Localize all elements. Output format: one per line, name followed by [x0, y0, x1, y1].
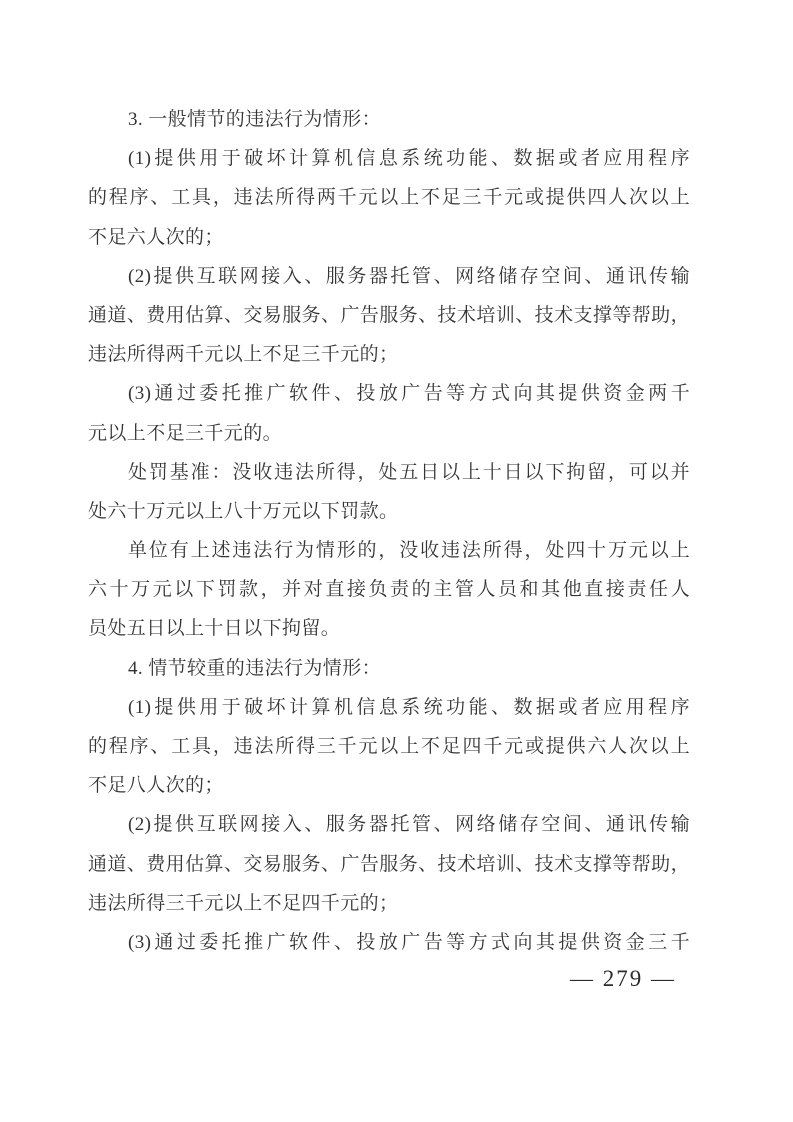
paragraph: 4. 情节较重的违法行为情形：	[88, 649, 690, 688]
text-line: 处六十万元以上八十万元以下罚款。	[88, 492, 690, 531]
text-line: 违法所得两千元以上不足三千元的；	[88, 335, 690, 374]
paragraph: (3)通过委托推广软件、投放广告等方式向其提供资金三千	[88, 923, 690, 962]
document-body: 3. 一般情节的违法行为情形：(1)提供用于破坏计算机信息系统功能、数据或者应用…	[88, 100, 690, 962]
text-line: 处罚基准：没收违法所得，处五日以上十日以下拘留，可以并	[88, 453, 690, 492]
paragraph: (3)通过委托推广软件、投放广告等方式向其提供资金两千元以上不足三千元的。	[88, 374, 690, 452]
text-line: 通道、费用估算、交易服务、广告服务、技术培训、技术支撑等帮助，	[88, 296, 690, 335]
paragraph: (1)提供用于破坏计算机信息系统功能、数据或者应用程序的程序、工具，违法所得三千…	[88, 688, 690, 806]
text-line: 员处五日以上十日以下拘留。	[88, 609, 690, 648]
text-line: 违法所得三千元以上不足四千元的；	[88, 884, 690, 923]
text-line: (2)提供互联网接入、服务器托管、网络储存空间、通讯传输	[88, 805, 690, 844]
text-line: (3)通过委托推广软件、投放广告等方式向其提供资金两千	[88, 374, 690, 413]
paragraph: (1)提供用于破坏计算机信息系统功能、数据或者应用程序的程序、工具，违法所得两千…	[88, 139, 690, 257]
paragraph: 3. 一般情节的违法行为情形：	[88, 100, 690, 139]
text-line: 不足八人次的；	[88, 766, 690, 805]
text-line: 通道、费用估算、交易服务、广告服务、技术培训、技术支撑等帮助，	[88, 845, 690, 884]
paragraph: 单位有上述违法行为情形的，没收违法所得，处四十万元以上六十万元以下罚款，并对直接…	[88, 531, 690, 649]
text-line: 元以上不足三千元的。	[88, 414, 690, 453]
text-line: 的程序、工具，违法所得两千元以上不足三千元或提供四人次以上	[88, 178, 690, 217]
paragraph: 处罚基准：没收违法所得，处五日以上十日以下拘留，可以并处六十万元以上八十万元以下…	[88, 453, 690, 531]
text-line: 单位有上述违法行为情形的，没收违法所得，处四十万元以上	[88, 531, 690, 570]
text-line: (1)提供用于破坏计算机信息系统功能、数据或者应用程序	[88, 688, 690, 727]
paragraph: (2)提供互联网接入、服务器托管、网络储存空间、通讯传输通道、费用估算、交易服务…	[88, 257, 690, 375]
page-number: — 279 —	[570, 966, 690, 992]
document-page: 3. 一般情节的违法行为情形：(1)提供用于破坏计算机信息系统功能、数据或者应用…	[0, 0, 793, 1122]
paragraph: (2)提供互联网接入、服务器托管、网络储存空间、通讯传输通道、费用估算、交易服务…	[88, 805, 690, 923]
text-line: 4. 情节较重的违法行为情形：	[88, 649, 690, 688]
text-line: (2)提供互联网接入、服务器托管、网络储存空间、通讯传输	[88, 257, 690, 296]
text-line: (3)通过委托推广软件、投放广告等方式向其提供资金三千	[88, 923, 690, 962]
text-line: 的程序、工具，违法所得三千元以上不足四千元或提供六人次以上	[88, 727, 690, 766]
text-line: 不足六人次的；	[88, 218, 690, 257]
text-line: (1)提供用于破坏计算机信息系统功能、数据或者应用程序	[88, 139, 690, 178]
text-line: 六十万元以下罚款，并对直接负责的主管人员和其他直接责任人	[88, 570, 690, 609]
text-line: 3. 一般情节的违法行为情形：	[88, 100, 690, 139]
